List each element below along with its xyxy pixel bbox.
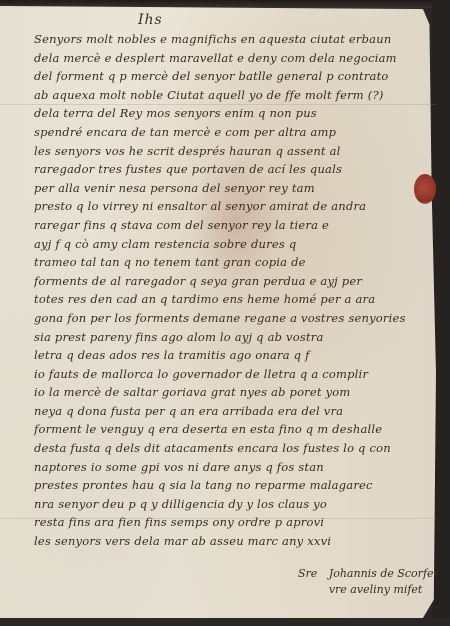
text-line: raregar fins q stava com del senyor rey …: [34, 216, 424, 235]
text-line: ab aquexa molt noble Ciutat aquell yo de…: [34, 86, 424, 105]
text-line: prestes prontes hau q sia la tang no rep…: [34, 476, 424, 495]
text-line: raregador tres fustes que portaven de ac…: [34, 160, 424, 179]
text-line: dela mercè e desplert maravellat e deny …: [34, 49, 424, 68]
text-line: gona fon per los forments demane regane …: [34, 309, 424, 328]
text-line: resta fins ara fien fins semps ony ordre…: [34, 513, 424, 532]
text-line: per alla venir nesa persona del senyor r…: [34, 179, 424, 198]
text-line: trameo tal tan q no tenem tant gran copi…: [34, 253, 424, 272]
text-line: neya q dona fusta per q an era arribada …: [34, 402, 424, 421]
text-line: totes res den cad an q tardimo ens heme …: [34, 290, 424, 309]
text-line: les senyors vos he scrit després hauran …: [34, 142, 424, 161]
signature-name: Johannis de Scorfer vre aveliny mifet: [329, 566, 439, 598]
text-line: Senyors molt nobles e magnifichs en aque…: [34, 30, 424, 49]
text-line: sia prest pareny fins ago alom lo ayj q …: [34, 328, 424, 347]
text-line: io la mercè de saltar goriava grat nyes …: [34, 383, 424, 402]
invocation-heading: Ihs: [138, 12, 163, 28]
text-line: nra senyor deu p q y dilligencia dy y lo…: [34, 495, 424, 514]
text-line: desta fusta q dels dit atacaments encara…: [34, 439, 424, 458]
text-line: spendré encara de tan mercè e com per al…: [34, 123, 424, 142]
signature-prefix: Sre: [298, 566, 317, 582]
text-line: forments de al raregador q seya gran per…: [34, 272, 424, 291]
text-line: letra q deas ados res la tramitis ago on…: [34, 346, 424, 365]
text-line: presto q lo virrey ni ensaltor al senyor…: [34, 197, 424, 216]
text-line: forment le venguy q era deserta en esta …: [34, 420, 424, 439]
text-line: io fauts de mallorca lo governador de ll…: [34, 365, 424, 384]
signature-line-1: Johannis de Scorfer: [329, 567, 439, 580]
signature-line-2: vre aveliny mifet: [329, 583, 423, 596]
text-line: les senyors vers dela mar ab asseu marc …: [34, 532, 424, 551]
text-line: naptores io some gpi vos ni dare anys q …: [34, 458, 424, 477]
background-bottom-edge: [0, 618, 450, 626]
background-right-edge: [432, 0, 450, 626]
text-line: del forment q p mercè del senyor batlle …: [34, 67, 424, 86]
letter-body: Senyors molt nobles e magnifichs en aque…: [34, 30, 424, 551]
text-line: dela terra del Rey mos senyors enim q no…: [34, 104, 424, 123]
text-line: ayj f q cò amy clam restencia sobre dure…: [34, 235, 424, 254]
signature-block: Sre Johannis de Scorfer vre aveliny mife…: [298, 566, 439, 598]
